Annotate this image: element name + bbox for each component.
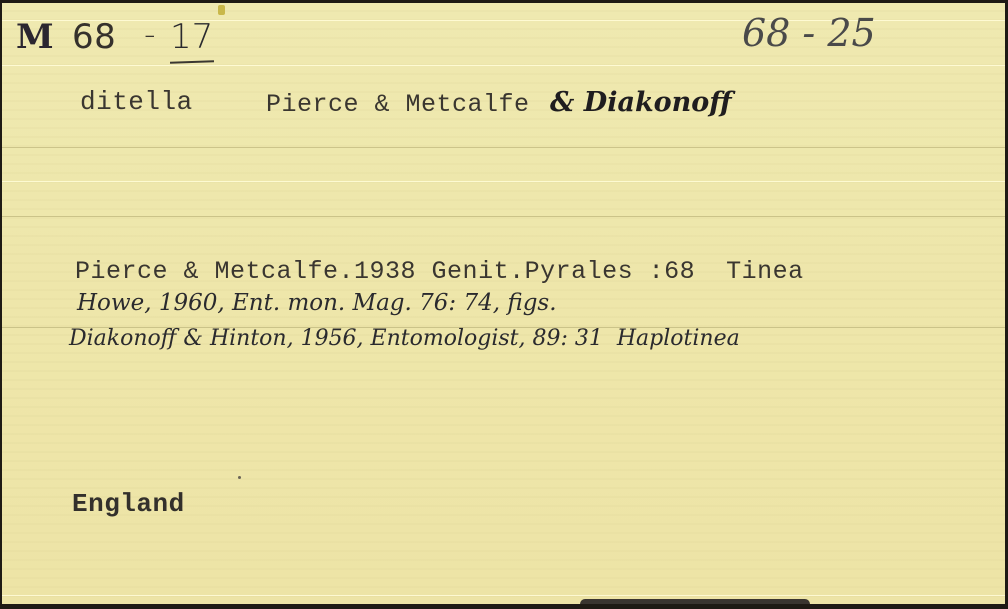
handwritten-author-addition: & Diakonoff xyxy=(550,87,732,118)
index-card: M 68 - 17 68 - 25 ditella Pierce & Metca… xyxy=(2,3,1005,604)
drawer-number: 68 xyxy=(72,17,116,57)
card-rule xyxy=(2,181,1005,182)
reference-handwritten: Howe, 1960, Ent. mon. Mag. 76: 74, figs. xyxy=(77,290,557,316)
header-dash: - xyxy=(144,15,156,53)
reference-handwritten: Diakonoff & Hinton, 1956, Entomologist, … xyxy=(69,326,740,351)
locality: England xyxy=(72,489,185,519)
handwritten-right-reference: 68 - 25 xyxy=(742,11,876,55)
series-letter: M xyxy=(16,17,54,57)
paper-mark xyxy=(238,476,241,479)
card-rule xyxy=(2,65,1005,66)
typed-authors: Pierce & Metcalfe xyxy=(266,90,530,119)
card-rule xyxy=(2,216,1005,217)
handwritten-card-number: 17 xyxy=(170,17,213,57)
reference-typed: Pierce & Metcalfe.1938 Genit.Pyrales :68… xyxy=(75,257,804,286)
species-epithet: ditella xyxy=(80,87,193,117)
card-rule xyxy=(2,595,1005,596)
card-rule xyxy=(2,147,1005,148)
card-edge-shadow xyxy=(580,599,810,604)
card-number-underline xyxy=(170,60,214,64)
paper-speck xyxy=(218,5,225,15)
